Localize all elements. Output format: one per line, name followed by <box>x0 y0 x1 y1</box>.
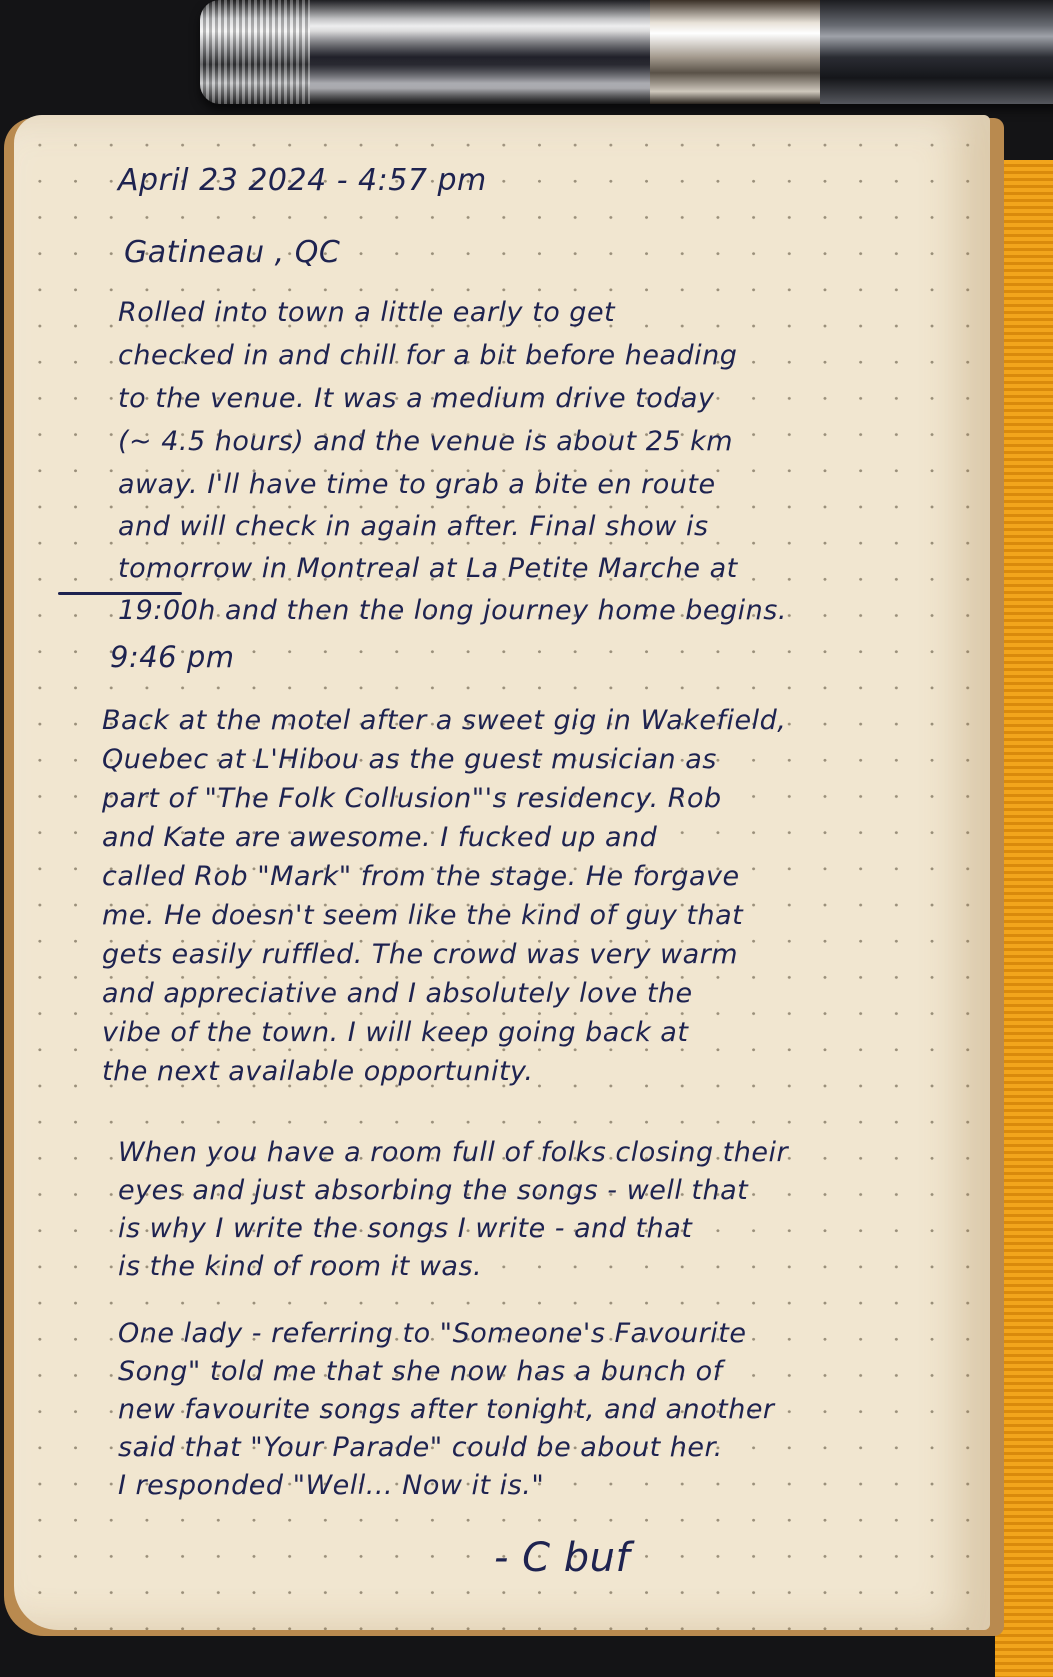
text-line: and Kate are awesome. I fucked up and <box>102 822 657 853</box>
text-line: is the kind of room it was. <box>118 1251 482 1282</box>
text-line: I responded "Well... Now it is." <box>118 1470 544 1501</box>
text-line: eyes and just absorbing the songs - well… <box>118 1175 748 1206</box>
entry1-date: April 23 2024 - 4:57 pm <box>118 163 487 198</box>
notebook-page: April 23 2024 - 4:57 pm Gatineau , QC Ro… <box>14 115 990 1630</box>
pen-clear-barrel <box>310 0 650 104</box>
text-line: (~ 4.5 hours) and the venue is about 25 … <box>118 426 733 457</box>
text-line: Back at the motel after a sweet gig in W… <box>102 705 786 736</box>
text-line: checked in and chill for a bit before he… <box>118 340 737 371</box>
text-line: One lady - referring to "Someone's Favou… <box>118 1318 746 1349</box>
entry1-location: Gatineau , QC <box>124 235 340 270</box>
text-line: Song" told me that she now has a bunch o… <box>118 1356 723 1387</box>
text-line: vibe of the town. I will keep going back… <box>102 1017 688 1048</box>
pen-metal-band <box>650 0 820 104</box>
text-line: tomorrow in Montreal at La Petite Marche… <box>118 553 738 584</box>
text-line: away. I'll have time to grab a bite en r… <box>118 469 716 500</box>
text-line: Rolled into town a little early to get <box>118 297 615 328</box>
text-line: said that "Your Parade" could be about h… <box>118 1432 723 1463</box>
text-line: and appreciative and I absolutely love t… <box>102 978 693 1009</box>
entry-divider <box>58 592 182 595</box>
text-line: new favourite songs after tonight, and a… <box>118 1394 775 1425</box>
entry2-time: 9:46 pm <box>110 640 235 674</box>
fountain-pen <box>200 0 1053 104</box>
text-line: part of "The Folk Collusion"'s residency… <box>102 783 722 814</box>
text-line: is why I write the songs I write - and t… <box>118 1213 692 1244</box>
signature: - C buf <box>494 1535 630 1581</box>
text-line: When you have a room full of folks closi… <box>118 1137 788 1168</box>
text-line: to the venue. It was a medium drive toda… <box>118 383 714 414</box>
text-line: gets easily ruffled. The crowd was very … <box>102 939 738 970</box>
pen-threads <box>200 0 310 104</box>
text-line: Quebec at L'Hibou as the guest musician … <box>102 744 717 775</box>
text-line: 19:00h and then the long journey home be… <box>118 595 787 626</box>
text-line: called Rob "Mark" from the stage. He for… <box>102 861 740 892</box>
text-line: the next available opportunity. <box>102 1056 534 1087</box>
text-line: me. He doesn't seem like the kind of guy… <box>102 900 743 931</box>
pen-dark-barrel <box>820 0 1053 104</box>
text-line: and will check in again after. Final sho… <box>118 511 709 542</box>
